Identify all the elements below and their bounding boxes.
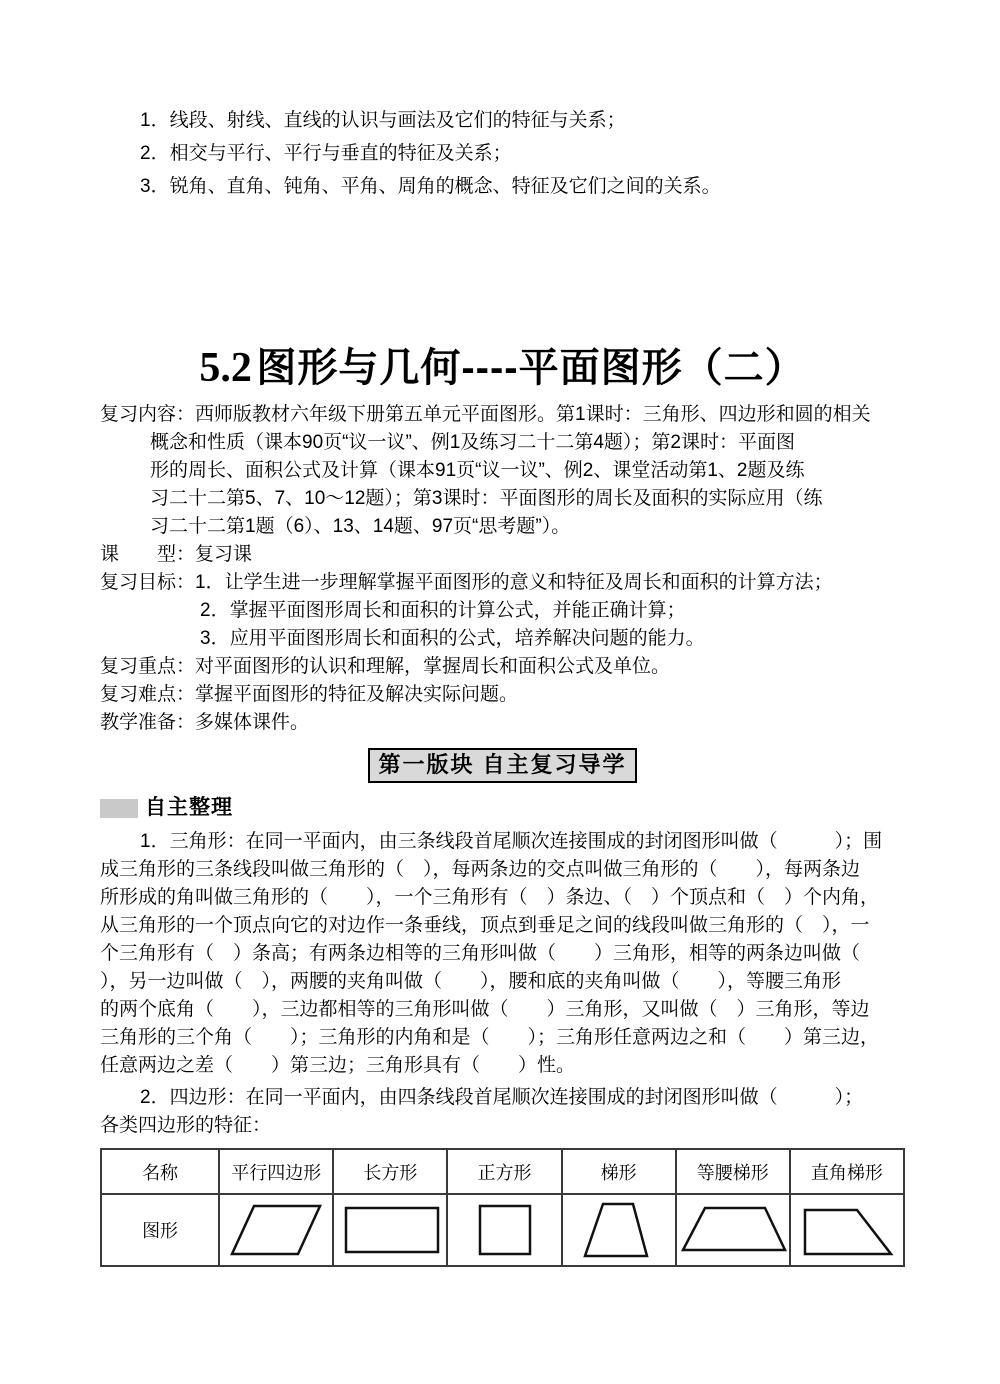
table-header-isosceles-trapezoid: 等腰梯形 xyxy=(676,1149,790,1194)
triangle-line: 从三角形的一个顶点向它的对边作一条垂线，顶点到垂足之间的线段叫做三角形的（ ），… xyxy=(100,912,905,940)
triangle-line: 所形成的角叫做三角形的（ ），一个三角形有（ ）条边、（ ）个顶点和（ ）个内角… xyxy=(100,884,905,912)
intro-item: 3．锐角、直角、钝角、平角、周角的概念、特征及它们之间的关系。 xyxy=(140,170,905,203)
trapezoid-icon xyxy=(563,1198,677,1262)
info-line-goals: 复习目标：1．让学生进一步理解掌握平面图形的意义和特征及周长和面积的计算方法； xyxy=(100,569,905,597)
parallelogram-icon xyxy=(220,1198,334,1262)
section-banner-row: 第一版块 自主复习导学 xyxy=(100,748,905,783)
quad-line: 各类四边形的特征： xyxy=(100,1112,905,1140)
document-page: 1．线段、射线、直线的认识与画法及它们的特征与关系； 2．相交与平行、平行与垂直… xyxy=(0,0,1000,1384)
square-icon xyxy=(448,1198,562,1262)
quadrilateral-table: 名称 平行四边形 长方形 正方形 梯形 等腰梯形 直角梯形 图形 xyxy=(100,1148,905,1267)
table-header-parallelogram: 平行四边形 xyxy=(219,1149,333,1194)
info-line-key-points: 复习重点：对平面图形的认识和理解，掌握周长和面积公式及单位。 xyxy=(100,653,905,681)
shape-cell xyxy=(333,1194,447,1266)
triangle-line: 任意两边之差（ ）第三边；三角形具有（ ）性。 xyxy=(100,1052,905,1080)
triangle-line: 个三角形有（ ）条高；有两条边相等的三角形叫做（ ）三角形，相等的两条边叫做（ xyxy=(100,940,905,968)
info-line-preparation: 教学准备：多媒体课件。 xyxy=(100,709,905,737)
subsection-label: 自主整理 xyxy=(145,796,233,820)
info-line: 习二十二第1题（6）、13、14题、97页“思考题”）。 xyxy=(150,513,905,541)
table-header-row: 名称 平行四边形 长方形 正方形 梯形 等腰梯形 直角梯形 xyxy=(101,1149,904,1194)
shape-cell xyxy=(219,1194,333,1266)
info-line: 概念和性质（课本90页“议一议”、例1及练习二十二第4题）；第2课时：平面图 xyxy=(150,429,905,457)
triangle-line: 1．三角形：在同一平面内，由三条线段首尾顺次连接围成的封闭图形叫做（ ）；围 xyxy=(140,828,905,856)
rectangle-icon xyxy=(334,1198,448,1262)
shape-cell xyxy=(790,1194,904,1266)
isosceles-trapezoid-icon xyxy=(677,1198,791,1262)
shape-cell xyxy=(676,1194,790,1266)
info-line-course-type: 课 型：复习课 xyxy=(100,541,905,569)
info-line-goal-3: 3．应用平面图形周长和面积的公式，培养解决问题的能力。 xyxy=(200,625,905,653)
shape-cell xyxy=(562,1194,676,1266)
triangle-paragraph: 1．三角形：在同一平面内，由三条线段首尾顺次连接围成的封闭图形叫做（ ）；围 成… xyxy=(100,828,905,1080)
table-header-rectangle: 长方形 xyxy=(333,1149,447,1194)
triangle-line: ），另一边叫做（ ），两腰的夹角叫做（ ），腰和底的夹角叫做（ ），等腰三角形 xyxy=(100,968,905,996)
title-text: 图形与几何----平面图形（二） xyxy=(256,346,805,390)
right-trapezoid-icon xyxy=(791,1198,905,1262)
table-row-label: 图形 xyxy=(101,1194,219,1266)
quad-line: 2．四边形：在同一平面内，由四条线段首尾顺次连接围成的封闭图形叫做（ ）； xyxy=(140,1084,905,1112)
triangle-line: 的两个底角（ ），三边都相等的三角形叫做（ ）三角形，又叫做（ ）三角形，等边 xyxy=(100,996,905,1024)
table-header-square: 正方形 xyxy=(447,1149,561,1194)
intro-item: 2．相交与平行、平行与垂直的特征及关系； xyxy=(140,137,905,170)
intro-item: 1．线段、射线、直线的认识与画法及它们的特征与关系； xyxy=(140,104,905,137)
info-line-review-content: 复习内容：西师版教材六年级下册第五单元平面图形。第1课时：三角形、四边形和圆的相… xyxy=(100,401,905,429)
table-header-trapezoid: 梯形 xyxy=(562,1149,676,1194)
info-line: 形的周长、面积公式及计算（课本91页“议一议”、例2、课堂活动第1、2题及练 xyxy=(150,457,905,485)
section-banner: 第一版块 自主复习导学 xyxy=(368,748,636,783)
subsection-heading: 自主整理 xyxy=(100,796,905,820)
info-line: 习二十二第5、7、10～12题）；第3课时：平面图形的周长及面积的实际应用（练 xyxy=(150,485,905,513)
lesson-info: 复习内容：西师版教材六年级下册第五单元平面图形。第1课时：三角形、四边形和圆的相… xyxy=(100,401,905,737)
triangle-line: 三角形的三个角（ ）；三角形的内角和是（ ）；三角形任意两边之和（ ）第三边， xyxy=(100,1024,905,1052)
document-content: 1．线段、射线、直线的认识与画法及它们的特征与关系； 2．相交与平行、平行与垂直… xyxy=(0,0,1000,1267)
triangle-line: 成三角形的三条线段叫做三角形的（ ），每两条边的交点叫做三角形的（ ），每两条边 xyxy=(100,856,905,884)
info-line-difficulties: 复习难点：掌握平面图形的特征及解决实际问题。 xyxy=(100,681,905,709)
table-header-name: 名称 xyxy=(101,1149,219,1194)
table-header-right-trapezoid: 直角梯形 xyxy=(790,1149,904,1194)
info-line-goal-2: 2．掌握平面图形周长和面积的计算公式，并能正确计算； xyxy=(200,597,905,625)
page-title: 5.2 图形与几何----平面图形（二） xyxy=(100,336,905,393)
shape-cell xyxy=(447,1194,561,1266)
quadrilateral-paragraph: 2．四边形：在同一平面内，由四条线段首尾顺次连接围成的封闭图形叫做（ ）； 各类… xyxy=(100,1084,905,1140)
table-shape-row: 图形 xyxy=(101,1194,904,1266)
gray-highlight-block xyxy=(100,799,138,818)
intro-list: 1．线段、射线、直线的认识与画法及它们的特征与关系； 2．相交与平行、平行与垂直… xyxy=(140,104,905,203)
title-number: 5.2 xyxy=(199,345,252,391)
